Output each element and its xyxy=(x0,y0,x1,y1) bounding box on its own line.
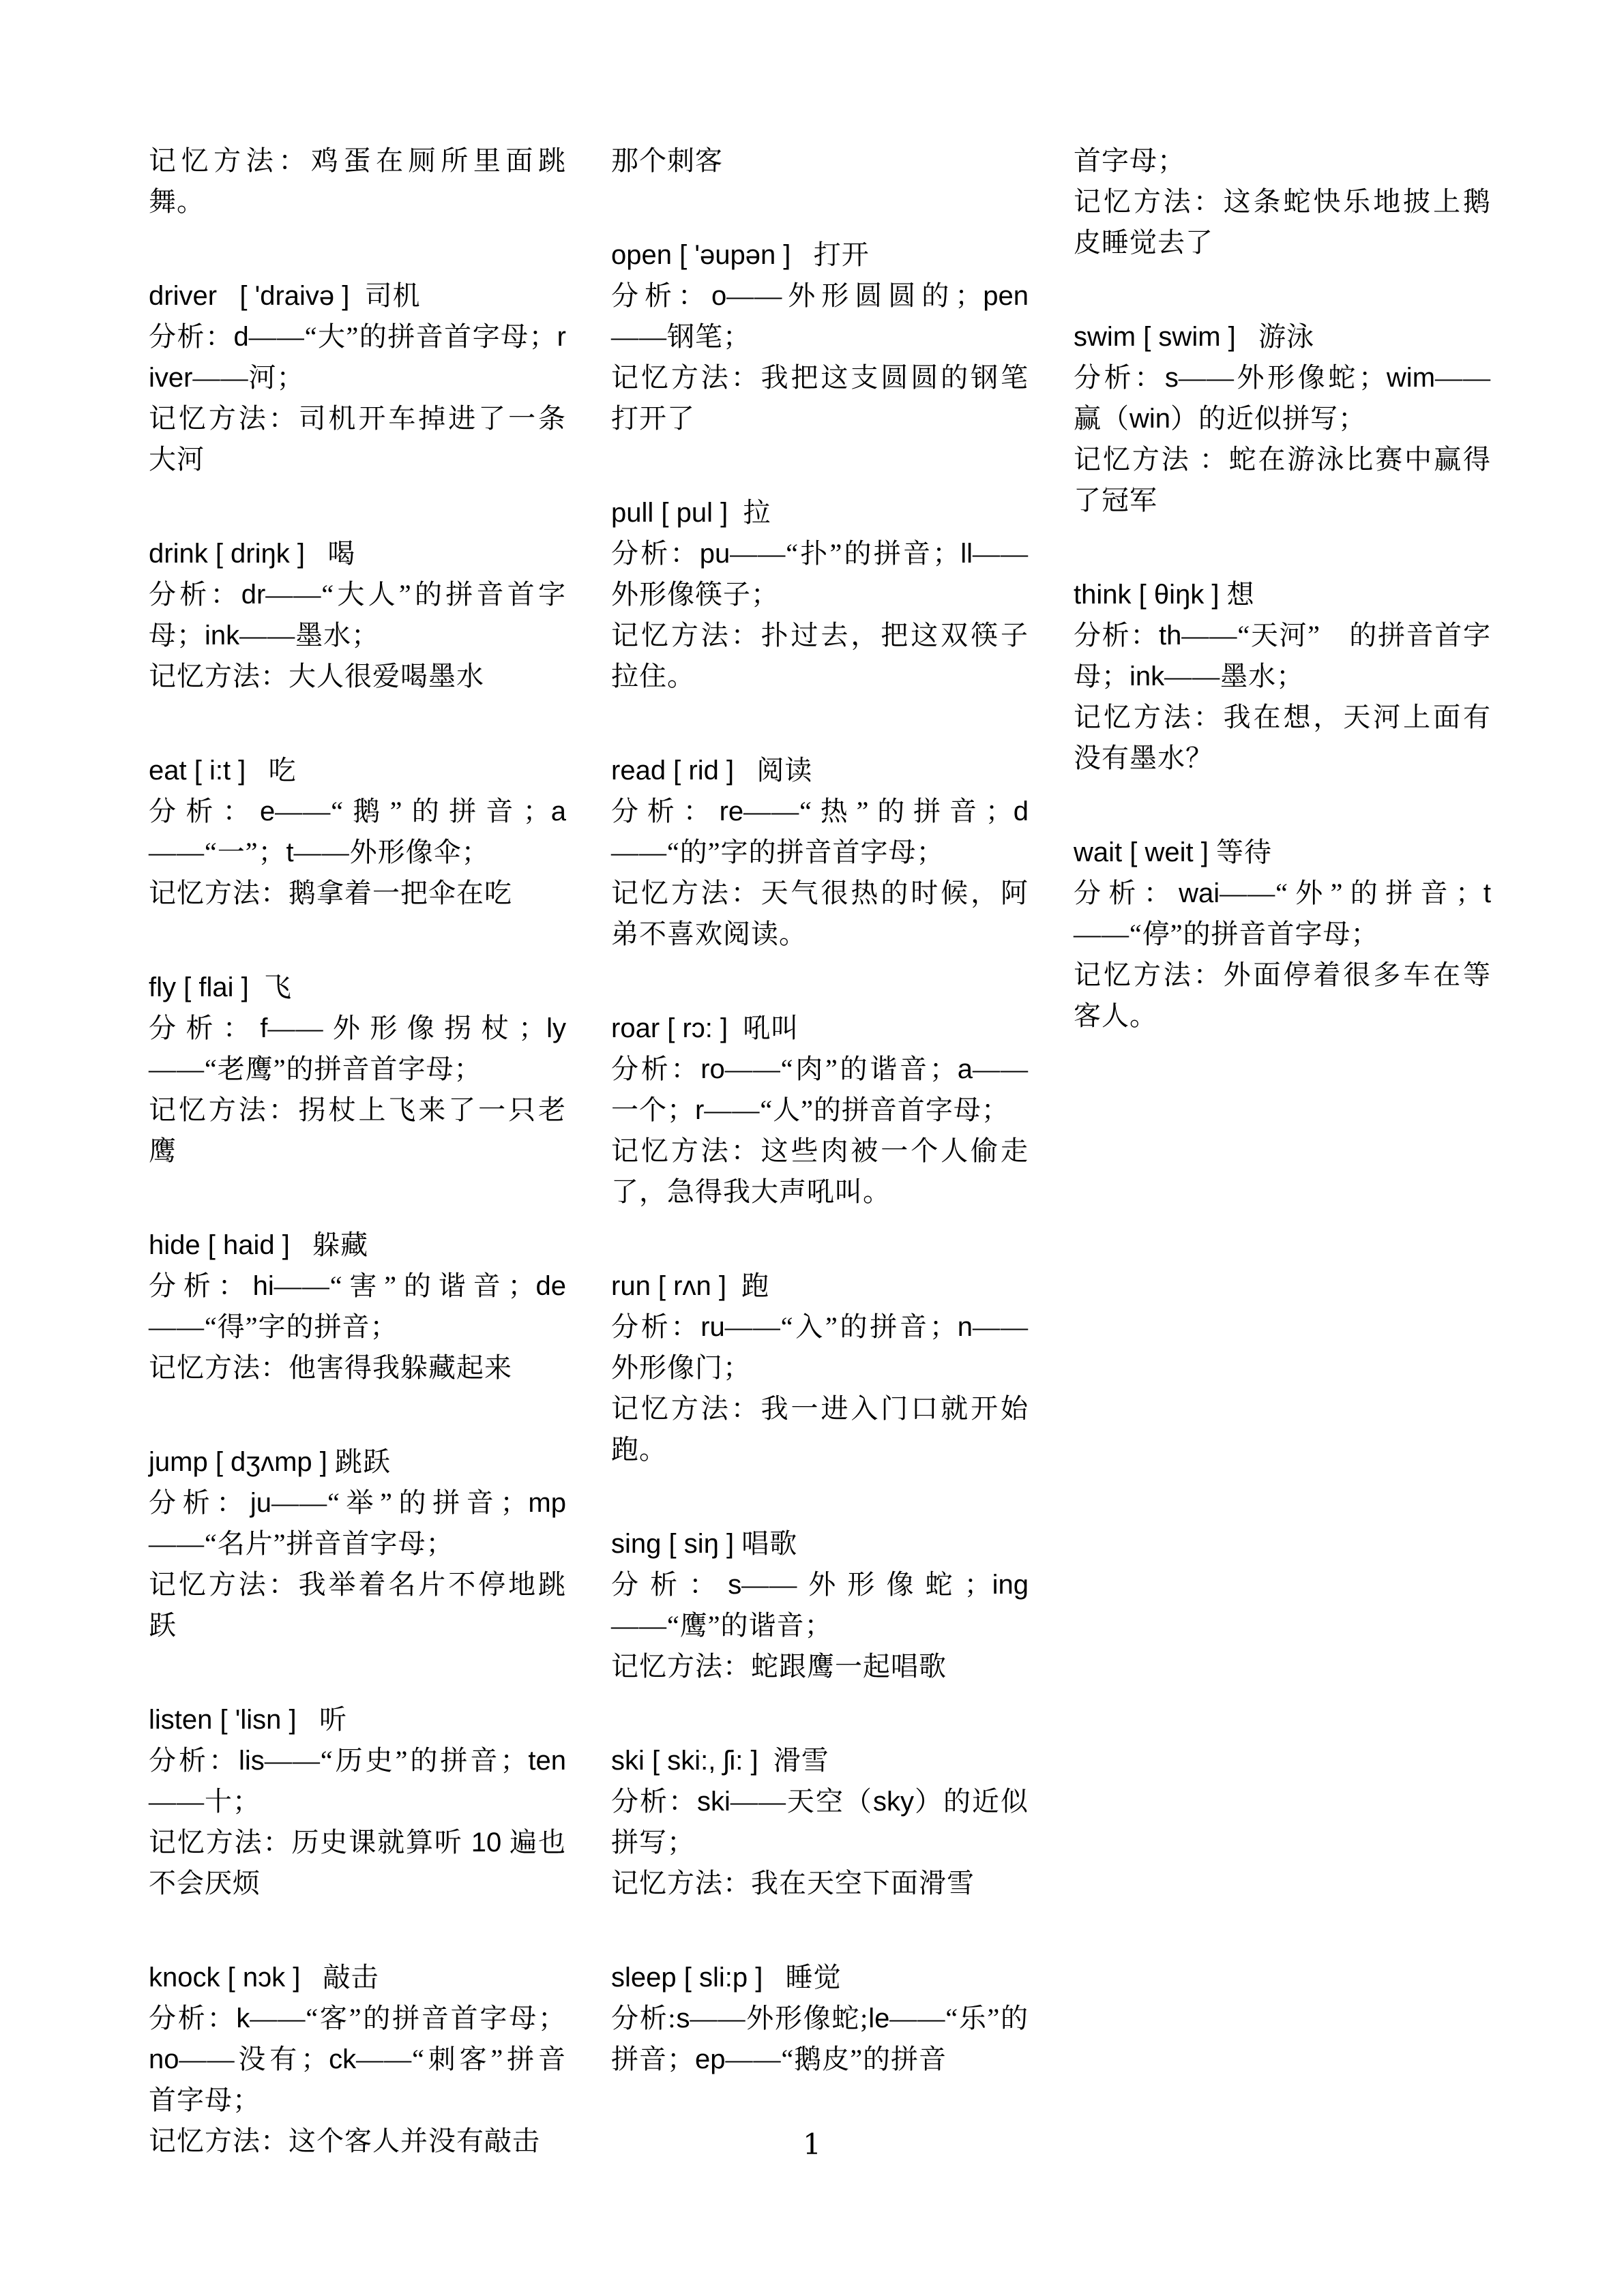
chinese-run: 分析： xyxy=(149,1745,239,1776)
latin-run: ep xyxy=(695,2044,726,2074)
chinese-run: ——“名片”拼音首字母； xyxy=(149,1528,454,1559)
entry-eat: eat [ i:t ] 吃 分析：e——“鹅”的拼音；a——“一”；t——外形像… xyxy=(149,750,566,914)
latin-run: hi xyxy=(253,1271,274,1301)
latin-run: s xyxy=(677,2003,690,2033)
entry-ski-headword: ski [ ski:, ʃi: ] 滑雪 xyxy=(611,1740,1029,1781)
entry-listen-memory: 记忆方法：历史课就算听 10 遍也不会厌烦 xyxy=(149,1822,566,1904)
entry-ski-memory: 记忆方法：我在天空下面滑雪 xyxy=(611,1863,1029,1904)
chinese-run: 分析： xyxy=(149,321,233,352)
entry-sleep-headword: sleep [ sli:p ] 睡觉 xyxy=(611,1957,1029,1998)
entry-driver-headword: driver [ 'draivə ] 司机 xyxy=(149,275,566,316)
entry-pull-headword: pull [ pul ] 拉 xyxy=(611,492,1029,533)
latin-run: ski [ ski:, ʃi: ] xyxy=(611,1746,773,1776)
entry-pull-analysis: 分析：pu——“扑”的拼音；ll——外形像筷子； xyxy=(611,533,1029,615)
chinese-run: 记忆方法：鹅拿着一把伞在吃 xyxy=(149,878,512,908)
entry-jump-analysis: 分析：ju——“举”的拼音；mp——“名片”拼音首字母； xyxy=(149,1482,566,1564)
chinese-run: 等待 xyxy=(1216,837,1272,867)
entry-listen-headword: listen [ 'lisn ] 听 xyxy=(149,1699,566,1740)
entry-ski-analysis: 分析：ski——天空（sky）的近似拼写； xyxy=(611,1781,1029,1863)
chinese-run: ——外形像蛇; xyxy=(690,2003,869,2033)
chinese-run: 打开 xyxy=(814,239,870,270)
chinese-run: ——“客”的拼音首字母； xyxy=(250,2003,566,2033)
entry-run-memory: 记忆方法：我一进入门口就开始跑。 xyxy=(611,1388,1029,1470)
latin-run: ru xyxy=(700,1312,725,1342)
chinese-run: ——十； xyxy=(149,1786,261,1817)
chinese-run: 记忆方法：蛇跟鹰一起唱歌 xyxy=(611,1651,947,1682)
entry-think-headword: think [ θiŋk ] 想 xyxy=(1074,574,1491,615)
chinese-run: ——“历史”的拼音； xyxy=(265,1745,529,1776)
chinese-run: 滑雪 xyxy=(773,1745,829,1776)
latin-run: lis xyxy=(239,1746,265,1776)
chinese-run: 跳跃 xyxy=(335,1446,391,1477)
chinese-run: 分析： xyxy=(611,1311,700,1342)
chinese-run: 记忆方法：我一进入门口就开始跑。 xyxy=(611,1393,1029,1465)
chinese-run: ——天空（ xyxy=(730,1786,873,1817)
chinese-run: 记忆方法：他害得我躲藏起来 xyxy=(149,1352,512,1383)
chinese-run: ——没有； xyxy=(179,2044,329,2074)
document-page: 记忆方法：鸡蛋在厕所里面跳舞。 driver [ 'draivə ] 司机 分析… xyxy=(0,0,1624,2296)
entry-fly: fly [ flai ] 飞 分析：f——外形像拐杖；ly——“老鹰”的拼音首字… xyxy=(149,967,566,1172)
latin-run: ink xyxy=(205,621,239,651)
entry-eat-memory: 记忆方法：鹅拿着一把伞在吃 xyxy=(149,873,566,914)
fragment-dance-memory-line: 记忆方法：鸡蛋在厕所里面跳舞。 xyxy=(149,140,566,222)
chinese-run: 记忆方法：司机开车掉进了一条大河 xyxy=(149,403,566,475)
chinese-run: 跑 xyxy=(741,1270,769,1301)
entry-jump-headword: jump [ dʒʌmp ] 跳跃 xyxy=(149,1442,566,1482)
entry-fly-headword: fly [ flai ] 飞 xyxy=(149,967,566,1008)
entry-roar-memory: 记忆方法：这些肉被一个人偷走了，急得我大声吼叫。 xyxy=(611,1131,1029,1212)
entry-fly-analysis: 分析：f——外形像拐杖；ly——“老鹰”的拼音首字母； xyxy=(149,1008,566,1090)
entry-sing-memory: 记忆方法：蛇跟鹰一起唱歌 xyxy=(611,1646,1029,1687)
latin-run: ing xyxy=(992,1570,1029,1600)
chinese-run: 听 xyxy=(319,1704,347,1735)
chinese-run: 飞 xyxy=(264,972,292,1002)
chinese-run: ——“外”的拼音； xyxy=(1220,878,1483,908)
entry-pull-memory: 记忆方法：扑过去，把这双筷子拉住。 xyxy=(611,615,1029,697)
chinese-run: 分析： xyxy=(149,796,260,826)
chinese-run: 记忆方法：大人很爱喝墨水 xyxy=(149,661,484,691)
chinese-run: 分析： xyxy=(611,1569,728,1600)
entry-knock-headword: knock [ nɔk ] 敲击 xyxy=(149,1957,566,1998)
chinese-run: 记忆方法：外面停着很多车在等客人。 xyxy=(1074,959,1491,1031)
latin-run: le xyxy=(868,2003,889,2033)
entry-wait-headword: wait [ weit ] 等待 xyxy=(1074,832,1491,873)
latin-run: ten xyxy=(528,1746,566,1776)
latin-run: th xyxy=(1159,621,1181,651)
entry-sing-analysis: 分析：s——外形像蛇；ing——“鹰”的谐音； xyxy=(611,1564,1029,1646)
latin-run: pull [ pul ] xyxy=(611,498,743,528)
entry-drink: drink [ driŋk ] 喝 分析：dr——“大人”的拼音首字母；ink—… xyxy=(149,533,566,697)
latin-run: jump [ dʒʌmp ] xyxy=(149,1447,335,1477)
chinese-run: 分析： xyxy=(149,1270,253,1301)
entry-sleep: sleep [ sli:p ] 睡觉 分析:s——外形像蛇;le——“乐”的拼音… xyxy=(611,1957,1029,2080)
chinese-run: 记忆方法：天气很热的时候，阿弟不喜欢阅读。 xyxy=(611,878,1029,949)
latin-run: sleep [ sli:p ] xyxy=(611,1963,786,1993)
latin-run: e xyxy=(260,796,275,826)
fragment-dance-memory: 记忆方法：鸡蛋在厕所里面跳舞。 xyxy=(149,140,566,222)
fragment-knock-memory-continuation: 那个刺客 xyxy=(611,140,1029,181)
entry-open-memory: 记忆方法：我把这支圆圆的钢笔打开了 xyxy=(611,357,1029,439)
entry-driver-analysis: 分析：d——“大”的拼音首字母；river——河； xyxy=(149,316,566,398)
entry-jump: jump [ dʒʌmp ] 跳跃 分析：ju——“举”的拼音；mp——“名片”… xyxy=(149,1442,566,1646)
entry-wait-analysis: 分析：wai——“外”的拼音；t——“停”的拼音首字母； xyxy=(1074,873,1491,955)
entry-think: think [ θiŋk ] 想 分析：th——“天河” 的拼音首字母；ink—… xyxy=(1074,574,1491,779)
entry-run: run [ rʌn ] 跑 分析：ru——“入”的拼音；n——外形像门； 记忆方… xyxy=(611,1266,1029,1470)
chinese-run: ——墨水； xyxy=(239,620,379,651)
chinese-run: 分析： xyxy=(611,538,700,569)
entry-ski: ski [ ski:, ʃi: ] 滑雪 分析：ski——天空（sky）的近似拼… xyxy=(611,1740,1029,1904)
entry-open: open [ 'əupən ] 打开 分析：o——外形圆圆的；pen——钢笔； … xyxy=(611,235,1029,439)
latin-run: a xyxy=(551,796,566,826)
chinese-run: ——“鹰”的谐音； xyxy=(611,1610,833,1641)
latin-run: drink [ driŋk ] xyxy=(149,539,327,569)
latin-run: open [ 'əupən ] xyxy=(611,240,814,270)
chinese-run: 想 xyxy=(1227,579,1255,610)
entry-run-headword: run [ rʌn ] 跑 xyxy=(611,1266,1029,1307)
chinese-run: 睡觉 xyxy=(786,1962,842,1993)
entry-sing-headword: sing [ siŋ ] 唱歌 xyxy=(611,1523,1029,1564)
latin-run: swim [ swim ] xyxy=(1074,322,1258,352)
entry-roar-analysis: 分析：ro——“肉”的谐音；a——一个；r——“人”的拼音首字母； xyxy=(611,1049,1029,1131)
chinese-run: 记忆方法 ：蛇在游泳比赛中赢得了冠军 xyxy=(1074,444,1491,516)
chinese-run: 分析： xyxy=(1074,878,1179,908)
entry-run-analysis: 分析：ru——“入”的拼音；n——外形像门； xyxy=(611,1307,1029,1388)
chinese-run: 记忆方法：拐杖上飞来了一只老鹰 xyxy=(149,1094,566,1166)
column-2: 那个刺客 open [ 'əupən ] 打开 分析：o——外形圆圆的；pen—… xyxy=(611,140,1029,2162)
latin-run: ju xyxy=(250,1488,271,1518)
chinese-run: ——外形圆圆的； xyxy=(726,280,983,311)
chinese-run: ——外形像蛇； xyxy=(1179,362,1387,393)
chinese-run: 吃 xyxy=(269,755,297,786)
chinese-run: 记忆方法：我在天空下面滑雪 xyxy=(611,1868,975,1898)
chinese-run: 记忆方法：历史课就算听 xyxy=(149,1827,471,1858)
latin-run: roar [ rɔ: ] xyxy=(611,1013,743,1043)
entry-drink-analysis: 分析：dr——“大人”的拼音首字母；ink——墨水； xyxy=(149,574,566,656)
latin-run: knock [ nɔk ] xyxy=(149,1963,323,1993)
fragment-knock-memory-continuation-line: 那个刺客 xyxy=(611,140,1029,181)
entry-eat-analysis: 分析：e——“鹅”的拼音；a——“一”；t——外形像伞； xyxy=(149,791,566,873)
entry-think-analysis: 分析：th——“天河” 的拼音首字母；ink——墨水； xyxy=(1074,615,1491,697)
latin-run: fly [ flai ] xyxy=(149,972,264,1002)
chinese-run: 记忆方法：我举着名片不停地跳跃 xyxy=(149,1569,566,1641)
entry-jump-memory: 记忆方法：我举着名片不停地跳跃 xyxy=(149,1564,566,1646)
entry-drink-headword: drink [ driŋk ] 喝 xyxy=(149,533,566,574)
latin-run: dr xyxy=(241,580,266,610)
entry-read: read [ rid ] 阅读 分析：re——“热”的拼音；d——“的”字的拼音… xyxy=(611,750,1029,955)
entry-driver: driver [ 'draivə ] 司机 分析：d——“大”的拼音首字母；ri… xyxy=(149,275,566,480)
latin-run: ck xyxy=(329,2044,356,2074)
chinese-run: 分析： xyxy=(149,579,241,610)
chinese-run: ——“入”的拼音； xyxy=(725,1311,958,1342)
three-column-text: 记忆方法：鸡蛋在厕所里面跳舞。 driver [ 'draivə ] 司机 分析… xyxy=(149,140,1491,2162)
entry-drink-memory: 记忆方法：大人很爱喝墨水 xyxy=(149,656,566,697)
entry-swim-headword: swim [ swim ] 游泳 xyxy=(1074,316,1491,357)
chinese-run: 躲藏 xyxy=(312,1229,368,1260)
latin-run: a xyxy=(958,1054,973,1084)
chinese-run: ——“老鹰”的拼音首字母； xyxy=(149,1054,482,1084)
entry-listen-analysis: 分析：lis——“历史”的拼音；ten——十； xyxy=(149,1740,566,1822)
latin-run: ro xyxy=(700,1054,725,1084)
fragment-sleep-analysis-continuation-line: 首字母； xyxy=(1074,140,1491,181)
chinese-run: 记忆方法：扑过去，把这双筷子拉住。 xyxy=(611,620,1029,691)
chinese-run: 分析： xyxy=(611,280,711,311)
chinese-run: 那个刺客 xyxy=(611,145,723,176)
latin-run: wait [ weit ] xyxy=(1074,837,1216,867)
chinese-run: ——“得”字的拼音； xyxy=(149,1311,398,1342)
chinese-run: ——“扑”的拼音； xyxy=(730,538,960,569)
entry-read-headword: read [ rid ] 阅读 xyxy=(611,750,1029,791)
entry-read-memory: 记忆方法：天气很热的时候，阿弟不喜欢阅读。 xyxy=(611,873,1029,955)
latin-run: o xyxy=(711,281,726,311)
entry-sleep-analysis: 分析:s——外形像蛇;le——“乐”的拼音；ep——“鹅皮”的拼音 xyxy=(611,1998,1029,2080)
latin-run: n xyxy=(958,1312,973,1342)
chinese-run: 分析: xyxy=(611,2003,677,2033)
chinese-run: ——外形像伞； xyxy=(294,837,490,867)
entry-hide: hide [ haid ] 躲藏 分析：hi——“害”的谐音；de——“得”字的… xyxy=(149,1225,566,1388)
chinese-run: ——“热”的拼音； xyxy=(743,796,1014,826)
latin-run: mp xyxy=(528,1488,566,1518)
chinese-run: ——外形像蛇； xyxy=(741,1569,992,1600)
latin-run: wim xyxy=(1387,363,1435,393)
chinese-run: ——“害”的谐音； xyxy=(274,1270,536,1301)
entry-sing: sing [ siŋ ] 唱歌 分析：s——外形像蛇；ing——“鹰”的谐音； … xyxy=(611,1523,1029,1687)
entry-roar: roar [ rɔ: ] 吼叫 分析：ro——“肉”的谐音；a——一个；r——“… xyxy=(611,1008,1029,1212)
entry-hide-memory: 记忆方法：他害得我躲藏起来 xyxy=(149,1347,566,1388)
column-3: 首字母； 记忆方法：这条蛇快乐地披上鹅皮睡觉去了 swim [ swim ] 游… xyxy=(1074,140,1491,2162)
entry-pull: pull [ pul ] 拉 分析：pu——“扑”的拼音；ll——外形像筷子； … xyxy=(611,492,1029,697)
latin-run: win xyxy=(1130,404,1170,434)
latin-run: d xyxy=(1014,796,1029,826)
entry-swim: swim [ swim ] 游泳 分析：s——外形像蛇；wim——赢（win）的… xyxy=(1074,316,1491,521)
entry-hide-headword: hide [ haid ] 躲藏 xyxy=(149,1225,566,1266)
latin-run: f xyxy=(260,1013,267,1043)
fragment-sleep-memory-line: 记忆方法：这条蛇快乐地披上鹅皮睡觉去了 xyxy=(1074,181,1491,263)
entry-listen: listen [ 'lisn ] 听 分析：lis——“历史”的拼音；ten——… xyxy=(149,1699,566,1904)
entry-fly-memory: 记忆方法：拐杖上飞来了一只老鹰 xyxy=(149,1090,566,1172)
chinese-run: ——墨水； xyxy=(1164,661,1304,691)
chinese-run: ——“鹅皮”的拼音 xyxy=(726,2044,947,2074)
latin-run: no xyxy=(149,2044,179,2074)
chinese-run: 游泳 xyxy=(1258,321,1314,352)
chinese-run: 记忆方法：我把这支圆圆的钢笔打开了 xyxy=(611,362,1029,434)
latin-run: think [ θiŋk ] xyxy=(1074,580,1227,610)
latin-run: pen xyxy=(983,281,1029,311)
latin-run: ll xyxy=(960,539,973,569)
entry-think-memory: 记忆方法：我在想，天河上面有没有墨水？ xyxy=(1074,697,1491,779)
latin-run: t xyxy=(286,837,294,867)
latin-run: hide [ haid ] xyxy=(149,1230,312,1260)
entry-read-analysis: 分析：re——“热”的拼音；d——“的”字的拼音首字母； xyxy=(611,791,1029,873)
entry-open-headword: open [ 'əupən ] 打开 xyxy=(611,235,1029,275)
latin-run: driver [ 'draivə ] xyxy=(149,281,365,311)
page-number: 1 xyxy=(0,2124,1624,2165)
entry-swim-memory: 记忆方法 ：蛇在游泳比赛中赢得了冠军 xyxy=(1074,439,1491,521)
latin-run: d xyxy=(233,322,248,352)
chinese-run: ——“一”； xyxy=(149,837,286,867)
latin-run: ink xyxy=(1130,661,1164,691)
entry-hide-analysis: 分析：hi——“害”的谐音；de——“得”字的拼音； xyxy=(149,1266,566,1347)
latin-run: run [ rʌn ] xyxy=(611,1271,741,1301)
entry-driver-memory: 记忆方法：司机开车掉进了一条大河 xyxy=(149,398,566,480)
chinese-run: 首字母； xyxy=(1074,145,1185,176)
fragment-sleep-continuation: 首字母； 记忆方法：这条蛇快乐地披上鹅皮睡觉去了 xyxy=(1074,140,1491,263)
chinese-run: 记忆方法：这些肉被一个人偷走了，急得我大声吼叫。 xyxy=(611,1135,1029,1207)
entry-wait-memory: 记忆方法：外面停着很多车在等客人。 xyxy=(1074,955,1491,1037)
chinese-run: 拉 xyxy=(743,497,771,528)
chinese-run: ——“人”的拼音首字母； xyxy=(704,1094,1009,1125)
latin-run: read [ rid ] xyxy=(611,756,756,786)
latin-run: ly xyxy=(546,1013,566,1043)
column-1: 记忆方法：鸡蛋在厕所里面跳舞。 driver [ 'draivə ] 司机 分析… xyxy=(149,140,566,2162)
chinese-run: 记忆方法：这条蛇快乐地披上鹅皮睡觉去了 xyxy=(1074,186,1491,258)
entry-roar-headword: roar [ rɔ: ] 吼叫 xyxy=(611,1008,1029,1049)
latin-run: pu xyxy=(700,539,730,569)
chinese-run: ——“鹅”的拼音； xyxy=(275,796,551,826)
latin-run: s xyxy=(1165,363,1179,393)
latin-run: sky xyxy=(873,1787,914,1817)
chinese-run: 敲击 xyxy=(323,1962,379,1993)
latin-run: r xyxy=(695,1095,704,1125)
chinese-run: 分析： xyxy=(149,2003,236,2033)
latin-run: k xyxy=(236,2003,250,2033)
chinese-run: 分析： xyxy=(611,1786,697,1817)
latin-run: eat [ i:t ] xyxy=(149,756,269,786)
latin-run: wai xyxy=(1179,878,1220,908)
chinese-run: 分析： xyxy=(1074,620,1159,651)
entry-open-analysis: 分析：o——外形圆圆的；pen——钢笔； xyxy=(611,275,1029,357)
chinese-run: ——外形像拐杖； xyxy=(267,1013,546,1043)
entry-knock-analysis: 分析：k——“客”的拼音首字母；no——没有；ck——“刺客”拼音首字母； xyxy=(149,1998,566,2121)
latin-run: s xyxy=(728,1570,741,1600)
latin-run: ski xyxy=(697,1787,730,1817)
chinese-run: ）的近似拼写； xyxy=(1170,403,1366,434)
chinese-run: ——“举”的拼音； xyxy=(271,1487,528,1518)
chinese-run: 记忆方法：鸡蛋在厕所里面跳舞。 xyxy=(149,145,566,217)
entry-eat-headword: eat [ i:t ] 吃 xyxy=(149,750,566,791)
chinese-run: 分析： xyxy=(1074,362,1165,393)
chinese-run: ——河； xyxy=(192,362,304,393)
chinese-run: ——“停”的拼音首字母； xyxy=(1074,919,1379,949)
latin-run: de xyxy=(536,1271,567,1301)
chinese-run: ——“的”字的拼音首字母； xyxy=(611,837,945,867)
chinese-run: 分析： xyxy=(611,796,720,826)
chinese-run: 分析： xyxy=(149,1013,260,1043)
latin-run: 10 xyxy=(471,1828,502,1858)
chinese-run: ——“大”的拼音首字母； xyxy=(249,321,557,352)
chinese-run: ——“肉”的谐音； xyxy=(725,1054,958,1084)
latin-run: listen [ 'lisn ] xyxy=(149,1705,319,1735)
chinese-run: 分析： xyxy=(149,1487,250,1518)
chinese-run: 喝 xyxy=(327,538,355,569)
chinese-run: 唱歌 xyxy=(741,1528,797,1559)
chinese-run: 记忆方法：我在想，天河上面有没有墨水？ xyxy=(1074,702,1491,773)
chinese-run: ——钢笔； xyxy=(611,321,751,352)
chinese-run: 司机 xyxy=(365,280,421,311)
chinese-run: 分析： xyxy=(611,1054,700,1084)
chinese-run: 阅读 xyxy=(756,755,812,786)
latin-run: t xyxy=(1483,878,1491,908)
latin-run: re xyxy=(720,796,744,826)
entry-swim-analysis: 分析：s——外形像蛇；wim——赢（win）的近似拼写； xyxy=(1074,357,1491,439)
entry-wait: wait [ weit ] 等待 分析：wai——“外”的拼音；t——“停”的拼… xyxy=(1074,832,1491,1037)
chinese-run: 吼叫 xyxy=(743,1013,799,1043)
latin-run: sing [ siŋ ] xyxy=(611,1529,741,1559)
